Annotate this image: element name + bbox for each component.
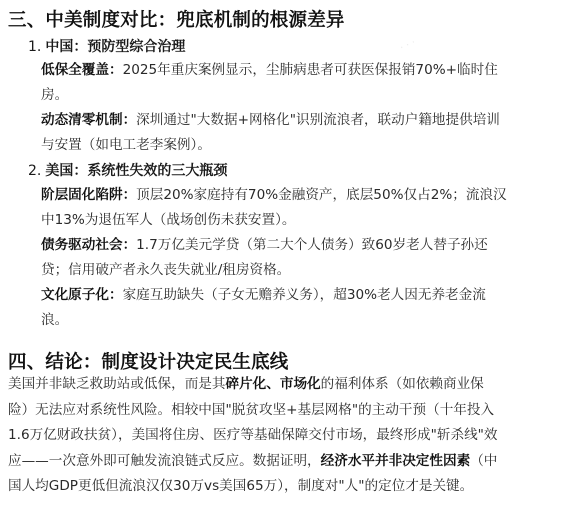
point-label: 债务驱动社会 xyxy=(41,237,123,253)
list-item-china-heading: 1.中国：预防型综合治理 xyxy=(28,36,185,56)
para-text: 美国并非缺乏救助站或低保，而是其 xyxy=(8,376,226,392)
list-heading-text: 中国：预防型综合治理 xyxy=(45,39,185,55)
section-4-heading: 四、结论：制度设计决定民生底线 xyxy=(8,348,289,374)
point-dibao-coverage: 低保全覆盖：2025年重庆案例显示，尘肺病患者可获医保报销70%+临时住房。 xyxy=(41,58,511,108)
point-dynamic-clearing: 动态清零机制：深圳通过"大数据+网格化"识别流浪者，联动户籍地提供培训与安置（如… xyxy=(41,108,511,158)
section-3-heading: 三、中美制度对比：兜底机制的根源差异 xyxy=(8,6,345,32)
point-label: 阶层固化陷阱 xyxy=(41,187,123,203)
list-number: 1. xyxy=(28,39,41,55)
point-sep: ： xyxy=(123,112,137,128)
point-label: 动态清零机制 xyxy=(41,112,123,128)
point-label: 文化原子化 xyxy=(41,287,109,303)
point-class-trap: 阶层固化陷阱：顶层20%家庭持有70%金融资产，底层50%仅占2%；流浪汉中13… xyxy=(41,183,511,233)
watermark: · · · xyxy=(398,37,417,54)
list-number: 2. xyxy=(28,163,41,179)
point-sep: ： xyxy=(123,187,137,203)
para-bold: 碎片化、市场化 xyxy=(226,376,321,392)
point-label: 低保全覆盖 xyxy=(41,62,109,78)
point-debt-society: 债务驱动社会：1.7万亿美元学贷（第二大个人债务）致60岁老人替子孙还贷；信用破… xyxy=(41,233,511,283)
point-cultural-atomization: 文化原子化：家庭互助缺失（子女无赡养义务），超30%老人因无养老金流浪。 xyxy=(41,283,511,333)
point-sep: ： xyxy=(123,237,137,253)
list-heading-text: 美国：系统性失效的三大瓶颈 xyxy=(45,163,227,179)
list-item-usa-heading: 2.美国：系统性失效的三大瓶颈 xyxy=(28,160,227,180)
conclusion-paragraph: 美国并非缺乏救助站或低保，而是其碎片化、市场化的福利体系（如依赖商业保险）无法应… xyxy=(8,372,498,500)
point-sep: ： xyxy=(109,62,123,78)
point-sep: ： xyxy=(109,287,123,303)
para-bold: 经济水平并非决定性因素 xyxy=(321,453,471,469)
